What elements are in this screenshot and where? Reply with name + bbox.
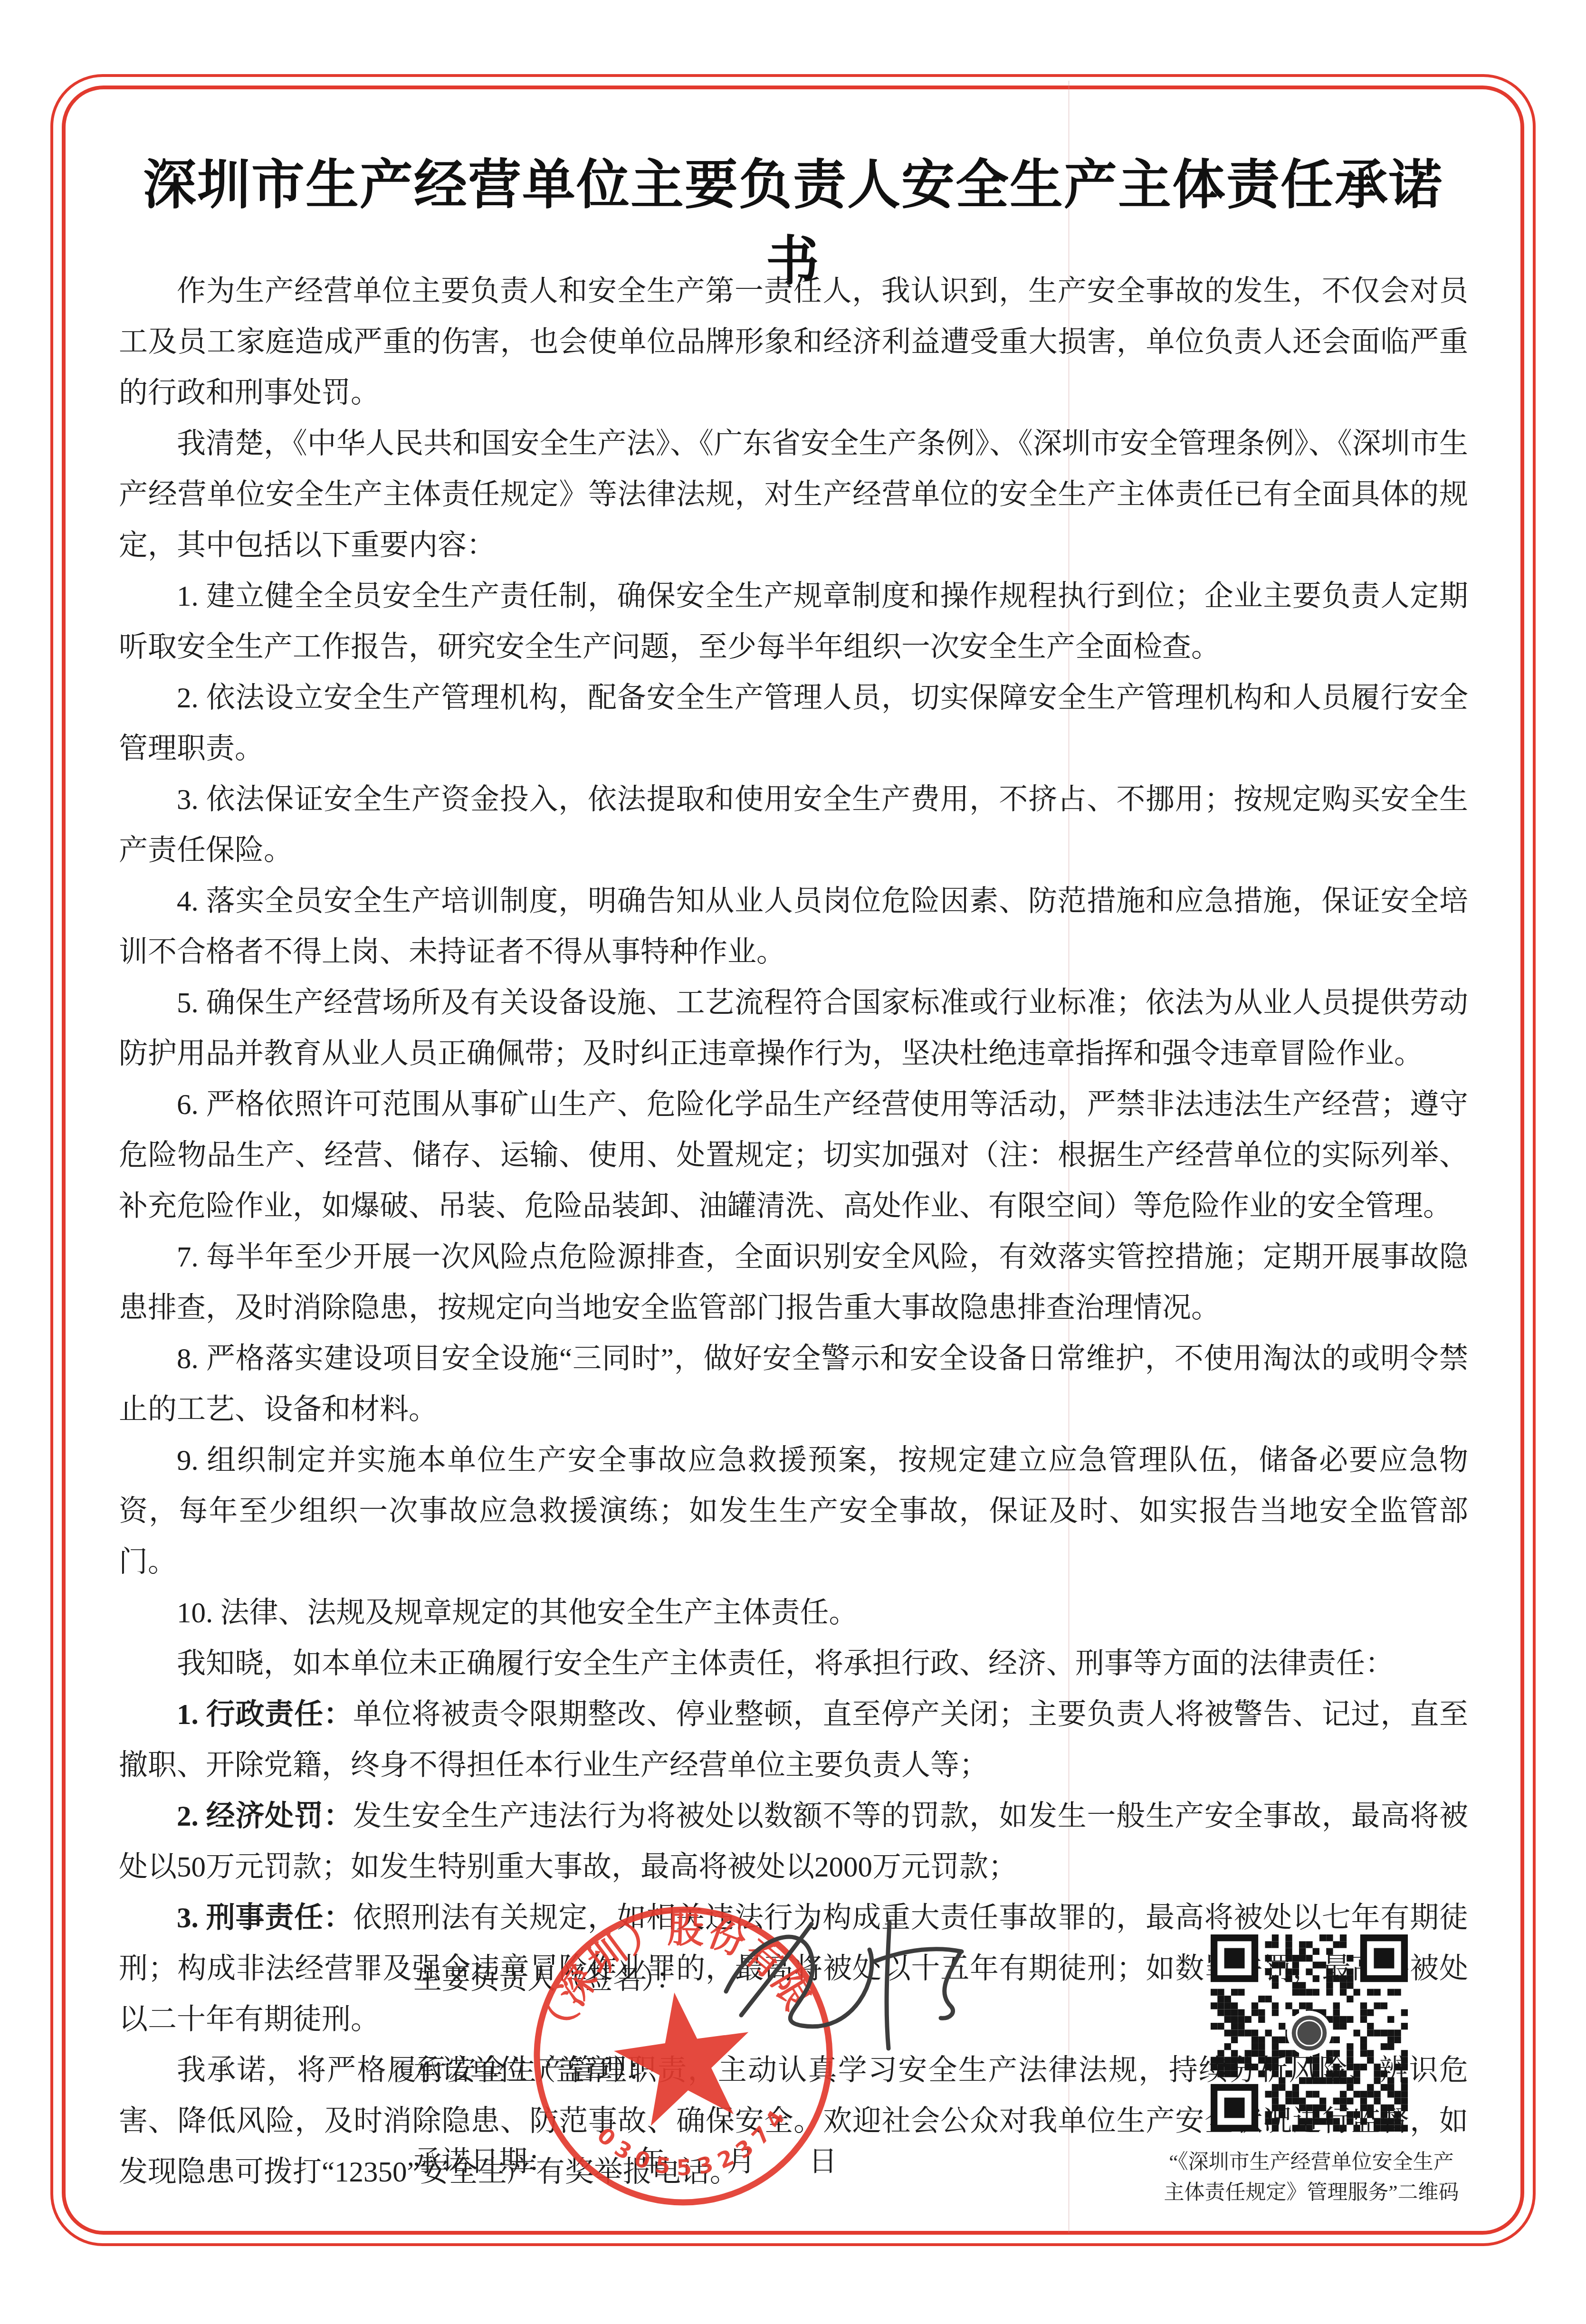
paragraph: 6. 严格依照许可范围从事矿山生产、危险化学品生产经营使用等活动，严禁非法违法生… [119,1079,1468,1232]
paragraph: 1. 行政责任：单位将被责令限期整改、停业整顿，直至停产关闭；主要负责人将被警告… [119,1689,1468,1791]
paragraph: 4. 落实全员安全生产培训制度，明确告知从业人员岗位危险因素、防范措施和应急措施… [119,876,1468,978]
paragraph-text: 7. 每半年至少开展一次风险点危险源排查，全面识别安全风险，有效落实管控措施；定… [119,1241,1468,1324]
signer-row: 主要负责人（签名）： [413,1956,837,2048]
paragraph: 9. 组织制定并实施本单位生产安全事故应急救援预案，按规定建立应急管理队伍，储备… [119,1435,1468,1588]
date-month-label: 月 [727,2146,755,2177]
paragraph-text: 8. 严格落实建设项目安全设施“三同时”，做好安全警示和安全设备日常维护，不使用… [119,1343,1468,1426]
paragraph-bold-label: 1. 行政责任： [177,1699,353,1731]
qr-code [1211,1934,1408,2132]
signature-block: 主要负责人（签名）： 承诺单位（盖章）： 承诺日期：年月日 [413,1956,837,2230]
paragraph-text: 10. 法律、法规及规章规定的其他安全生产主体责任。 [177,1597,858,1629]
unit-label: 承诺单位（盖章）： [413,2055,656,2086]
paragraph-text: 2. 依法设立安全生产管理机构，配备安全生产管理人员，切实保障安全生产管理机构和… [119,682,1468,765]
paragraph-text: 5. 确保生产经营场所及有关设备设施、工艺流程符合国家标准或行业标准；依法为从业… [119,987,1468,1070]
date-label: 承诺日期： [413,2146,556,2177]
unit-row: 承诺单位（盖章）： [413,2048,837,2139]
qr-caption-line1: “《深圳市生产经营单位安全生产 [1140,2147,1482,2178]
commitment-letter-page: 深圳市生产经营单位主要负责人安全生产主体责任承诺书 作为生产经营单位主要负责人和… [0,0,1586,2324]
paragraph: 8. 严格落实建设项目安全设施“三同时”，做好安全警示和安全设备日常维护，不使用… [119,1333,1468,1435]
paragraph-text: 1. 建立健全全员安全生产责任制，确保安全生产规章制度和操作规程执行到位；企业主… [119,581,1468,663]
date-year-label: 年 [637,2146,665,2177]
paragraph-bold-label: 3. 刑事责任： [177,1902,353,1934]
paragraph-bold-label: 2. 经济处罚： [177,1800,353,1832]
date-row: 承诺日期：年月日 [413,2139,837,2230]
paragraph: 5. 确保生产经营场所及有关设备设施、工艺流程符合国家标准或行业标准；依法为从业… [119,978,1468,1079]
paragraph: 2. 依法设立安全生产管理机构，配备安全生产管理人员，切实保障安全生产管理机构和… [119,673,1468,774]
paragraph-text: 9. 组织制定并实施本单位生产安全事故应急救援预案，按规定建立应急管理队伍，储备… [119,1445,1468,1578]
paragraph-text: 作为生产经营单位主要负责人和安全生产第一责任人，我认识到，生产安全事故的发生，不… [119,276,1468,409]
qr-caption-line2: 主体责任规定》管理服务”二维码 [1140,2178,1482,2208]
doc-body: 作为生产经营单位主要负责人和安全生产第一责任人，我认识到，生产安全事故的发生，不… [119,266,1468,2198]
paragraph-text: 3. 依法保证安全生产资金投入，依法提取和使用安全生产费用，不挤占、不挪用；按规… [119,784,1468,867]
paragraph-text: 我清楚，《中华人民共和国安全生产法》、《广东省安全生产条例》、《深圳市安全管理条… [119,428,1468,562]
paragraph: 2. 经济处罚：发生安全生产违法行为将被处以数额不等的罚款，如发生一般生产安全事… [119,1791,1468,1893]
qr-caption: “《深圳市生产经营单位安全生产 主体责任规定》管理服务”二维码 [1140,2147,1482,2208]
paragraph: 10. 法律、法规及规章规定的其他安全生产主体责任。 [119,1588,1468,1638]
signer-label: 主要负责人（签名）： [413,1963,684,1995]
paragraph-text: 6. 严格依照许可范围从事矿山生产、危险化学品生产经营使用等活动，严禁非法违法生… [119,1089,1468,1222]
paragraph: 3. 依法保证安全生产资金投入，依法提取和使用安全生产费用，不挤占、不挪用；按规… [119,774,1468,876]
date-day-label: 日 [809,2146,837,2177]
paragraph: 1. 建立健全全员安全生产责任制，确保安全生产规章制度和操作规程执行到位；企业主… [119,571,1468,673]
paragraph: 7. 每半年至少开展一次风险点危险源排查，全面识别安全风险，有效落实管控措施；定… [119,1232,1468,1333]
paragraph: 作为生产经营单位主要负责人和安全生产第一责任人，我认识到，生产安全事故的发生，不… [119,266,1468,419]
paragraph-text: 我知晓，如本单位未正确履行安全生产主体责任，将承担行政、经济、刑事等方面的法律责… [177,1648,1394,1680]
paragraph: 我知晓，如本单位未正确履行安全生产主体责任，将承担行政、经济、刑事等方面的法律责… [119,1638,1468,1689]
qr-image [1211,1934,1408,2132]
paragraph-text: 4. 落实全员安全生产培训制度，明确告知从业人员岗位危险因素、防范措施和应急措施… [119,886,1468,968]
paragraph: 我清楚，《中华人民共和国安全生产法》、《广东省安全生产条例》、《深圳市安全管理条… [119,419,1468,571]
